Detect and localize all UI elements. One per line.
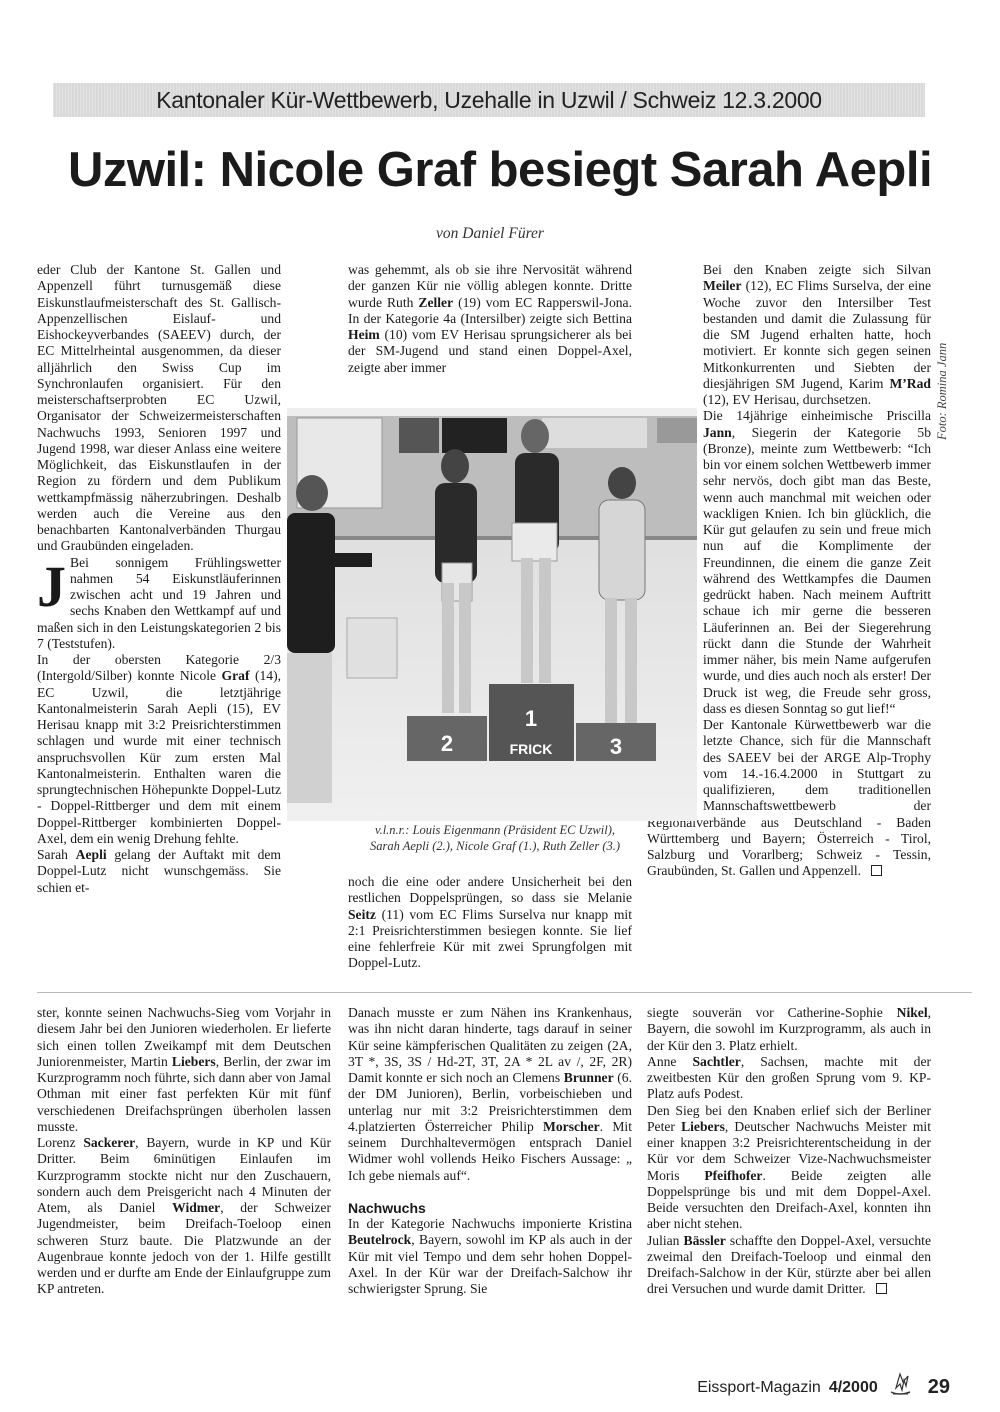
paragraph: In der Kategorie Nachwuchs imponierte Kr…	[348, 1216, 632, 1297]
paragraph: Bei den Knaben zeigte sich Silvan Meiler…	[647, 262, 931, 408]
page-footer: Eissport-Magazin 4/2000 29	[697, 1372, 950, 1403]
paragraph: ster, konnte seinen Nachwuchs-Sieg vom V…	[37, 1005, 331, 1135]
photo-credit: Foto: Romina Jann	[935, 343, 950, 440]
magazine-name: Eissport-Magazin	[697, 1379, 821, 1397]
section-divider	[37, 992, 972, 993]
article-column-2: was gehemmt, als ob sie ihre Nervosität …	[348, 262, 632, 376]
svg-text:3: 3	[610, 734, 622, 759]
svg-text:FRICK: FRICK	[510, 741, 553, 757]
byline: von Daniel Fürer	[0, 225, 980, 243]
svg-text:1: 1	[525, 706, 537, 731]
issue-number: 4/2000	[829, 1379, 878, 1397]
end-of-article-icon	[876, 1283, 887, 1294]
bottom-column-2: Danach musste er zum Nähen ins Krankenha…	[348, 1005, 632, 1297]
headline: Uzwil: Nicole Graf besiegt Sarah Aepli	[0, 142, 1000, 198]
paragraph: siegte souverän vor Catherine-Sophie Nik…	[647, 1005, 931, 1054]
kicker-text: Kantonaler Kür-Wettbewerb, Uzehalle in U…	[156, 87, 822, 114]
bottom-column-3: siegte souverän vor Catherine-Sophie Nik…	[647, 1005, 931, 1298]
photo-caption: v.l.n.r.: Louis Eigenmann (Präsident EC …	[330, 822, 660, 854]
page-number: 29	[928, 1376, 950, 1399]
article-column-2-continued: noch die eine oder andere Unsicherheit b…	[348, 874, 632, 972]
bottom-column-1: ster, konnte seinen Nachwuchs-Sieg vom V…	[37, 1005, 331, 1298]
podium-photo: 2 1 3 FRICK	[287, 408, 697, 821]
paragraph: Danach musste er zum Nähen ins Krankenha…	[348, 1005, 632, 1184]
paragraph: noch die eine oder andere Unsicherheit b…	[348, 874, 632, 972]
svg-text:2: 2	[441, 731, 453, 756]
skate-wing-icon	[886, 1372, 914, 1403]
section-subhead: Nachwuchs	[348, 1200, 632, 1216]
paragraph: Lorenz Sackerer, Bayern, wurde in KP und…	[37, 1135, 331, 1298]
paragraph: Julian Bässler schaffte den Doppel-Axel,…	[647, 1233, 931, 1298]
kicker-banner: Kantonaler Kür-Wettbewerb, Uzehalle in U…	[53, 83, 925, 117]
end-of-article-icon	[871, 865, 882, 876]
paragraph: Anne Sachtler, Sachsen, machte mit der z…	[647, 1054, 931, 1103]
drop-cap: J	[37, 564, 66, 610]
paragraph: was gehemmt, als ob sie ihre Nervosität …	[348, 262, 632, 376]
podium-photo-illustration: 2 1 3 FRICK	[287, 408, 697, 821]
paragraph: Den Sieg bei den Knaben erlief sich der …	[647, 1103, 931, 1233]
